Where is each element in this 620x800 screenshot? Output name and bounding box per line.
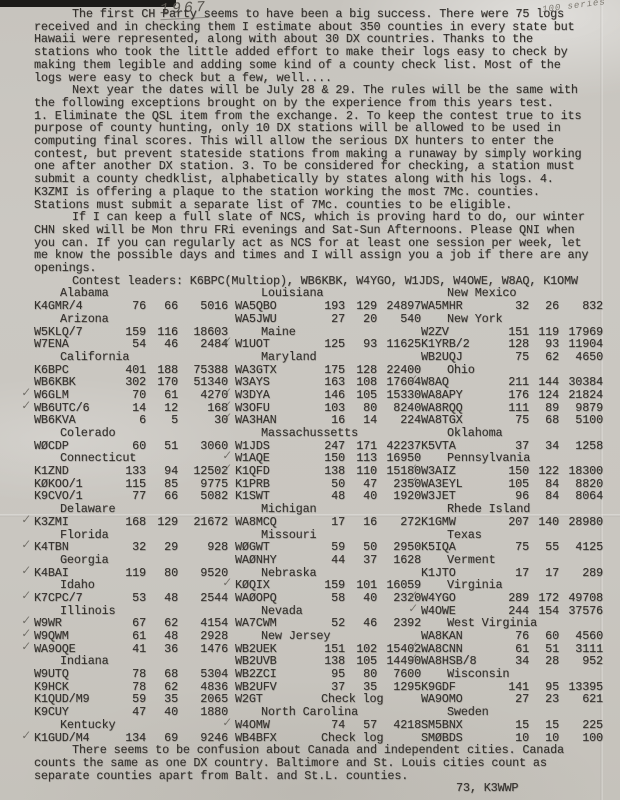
multiplier-count: 15 [529, 719, 559, 732]
score-row: WA8MCQ1716272 [235, 516, 421, 529]
station-callsign: K4BAI [34, 567, 110, 580]
qso-count: 6 [110, 414, 146, 427]
final-score: 5082 [178, 490, 228, 503]
score-row: WA8TGX75685100 [421, 414, 603, 427]
score-row: K1JTO1717289 [421, 567, 603, 580]
score-row: ✓W6GLM70614270 [34, 389, 235, 402]
score-row: WA9OMO2723621 [421, 693, 603, 706]
paragraph: Next year the dates will be July 28 & 29… [34, 84, 594, 109]
multiplier-count: 140 [529, 516, 559, 529]
pencil-check-icon: ✓ [221, 463, 233, 477]
multiplier-count: 46 [345, 617, 377, 630]
score-row: K4GMR/476665016 [34, 300, 235, 313]
pencil-check-icon: ✓ [407, 590, 419, 604]
final-score: 49708 [559, 592, 603, 605]
pencil-check-icon: ✓ [20, 730, 32, 744]
score-column: LouisianaWA5QBO19312924897WA5JWU2720540M… [235, 287, 421, 744]
multiplier-count: 80 [146, 567, 178, 580]
multiplier-count: 40 [345, 592, 377, 605]
score-row: WØCDP60513060 [34, 440, 235, 453]
qso-count: 34 [495, 655, 529, 668]
score-row: ✓WA9OQE41361476 [34, 643, 235, 656]
station-callsign: WA3HAN [235, 414, 307, 427]
score-row: WA5MHR3226832 [421, 300, 603, 313]
state-header: California [34, 351, 235, 364]
pencil-check-icon: ✓ [407, 603, 419, 617]
score-row: K9CVO/177665082 [34, 490, 235, 503]
station-callsign: WA9OMO [421, 693, 495, 706]
qso-count: 54 [110, 338, 146, 351]
multiplier-count: 48 [146, 630, 178, 643]
final-score: 272 [377, 516, 421, 529]
final-score: 9520 [178, 567, 228, 580]
score-column: AlabamaK4GMR/476665016ArizonaW5KLQ/71591… [34, 287, 235, 744]
final-score: 1476 [178, 643, 228, 656]
qso-count: 193 [307, 300, 345, 313]
final-score: 24897 [377, 300, 421, 313]
multiplier-count: 20 [345, 313, 377, 326]
state-header: New York [421, 313, 603, 326]
qso-count: 76 [110, 300, 146, 313]
state-header: Oklahoma [421, 427, 603, 440]
score-row: ✓K1QFD13811015180 [235, 465, 421, 478]
score-row: WØGWT59502950 [235, 541, 421, 554]
station-callsign: W9QWM [34, 630, 110, 643]
multiplier-count: 16 [345, 516, 377, 529]
score-row: ✓W9QWM61482928 [34, 630, 235, 643]
multiplier-count: 29 [146, 541, 178, 554]
qso-count: 70 [110, 389, 146, 402]
station-callsign: WA7CWM [235, 617, 307, 630]
multiplier-count: 46 [146, 338, 178, 351]
multiplier-count: 62 [529, 351, 559, 364]
pencil-check-icon: ✓ [20, 400, 32, 414]
score-row: ✓K4BAI119809520 [34, 567, 235, 580]
pencil-check-icon: ✓ [221, 717, 233, 731]
multiplier-count: 154 [529, 605, 559, 618]
multiplier-count: 68 [529, 414, 559, 427]
multiplier-count: 40 [146, 706, 178, 719]
final-score: 100 [559, 732, 603, 745]
final-score: 832 [559, 300, 603, 313]
qso-count: 75 [495, 351, 529, 364]
pencil-check-icon: ✓ [221, 337, 233, 351]
qso-count: 134 [110, 732, 146, 745]
score-row: ✓W4YGO28917249708 [421, 592, 603, 605]
pencil-check-icon: ✓ [407, 463, 419, 477]
qso-count: 27 [495, 693, 529, 706]
station-callsign: WA8KAN [421, 630, 495, 643]
qso-count: 244 [495, 605, 529, 618]
score-row: ✓K7CPC/753482544 [34, 592, 235, 605]
multiplier-count: 80 [345, 668, 377, 681]
multiplier-count: 5 [146, 414, 178, 427]
paragraph: 1. Eliminate the QSL item from the excha… [34, 110, 594, 212]
qso-count: 16 [307, 414, 345, 427]
final-score: 621 [559, 693, 603, 706]
multiplier-count: 105 [345, 389, 377, 402]
station-callsign: W6GLM [34, 389, 110, 402]
score-row: K1ZND1339412502 [34, 465, 235, 478]
score-row: WB2ZCI95807600 [235, 668, 421, 681]
multiplier-count: 172 [529, 592, 559, 605]
station-callsign: WB4BFX [235, 732, 307, 745]
state-header: Georgia [34, 554, 235, 567]
station-callsign: K1SWT [235, 490, 307, 503]
final-score: 225 [559, 719, 603, 732]
multiplier-count: 94 [146, 465, 178, 478]
station-callsign: K9CUY [34, 706, 110, 719]
pencil-check-icon: ✓ [407, 375, 419, 389]
station-callsign: W4OWE [421, 605, 495, 618]
score-column: New MexicoWA5MHR3226832New YorkW2ZV15111… [421, 287, 603, 744]
station-callsign: W4YGO [421, 592, 495, 605]
state-header: Maryland [235, 351, 421, 364]
station-callsign: W2GT [235, 693, 307, 706]
multiplier-count: 40 [345, 490, 377, 503]
final-score: 5016 [178, 300, 228, 313]
station-callsign: K3ZMI [34, 516, 110, 529]
multiplier-count: 61 [146, 389, 178, 402]
final-score: 4650 [559, 351, 603, 364]
contest-score-table: AlabamaK4GMR/476665016ArizonaW5KLQ/71591… [34, 287, 594, 744]
pencil-check-icon: ✓ [20, 565, 32, 579]
final-score: 4125 [559, 541, 603, 554]
qso-count: 77 [110, 490, 146, 503]
qso-count: 15 [495, 719, 529, 732]
final-score: 21672 [178, 516, 228, 529]
state-header: North Carolina [235, 706, 421, 719]
score-row: WB4BFXCheck log [235, 732, 421, 745]
score-row: SMØBDS1010100 [421, 732, 603, 745]
multiplier-count: 93 [345, 338, 377, 351]
qso-count: 17 [495, 567, 529, 580]
final-score: 952 [559, 655, 603, 668]
final-score: 30 [178, 414, 228, 427]
multiplier-count: 110 [345, 465, 377, 478]
qso-count: 75 [495, 414, 529, 427]
qso-count: 58 [307, 592, 345, 605]
multiplier-count: 69 [146, 732, 178, 745]
score-row: ✓WA8HSB/83428952 [421, 655, 603, 668]
station-callsign: W9UTQ [34, 668, 110, 681]
multiplier-count: 37 [345, 554, 377, 567]
typewritten-content: The first CH Party seems to have been a … [34, 8, 594, 795]
score-row: W9UTQ78685304 [34, 668, 235, 681]
state-header: Massachussetts [235, 427, 421, 440]
station-callsign: K5VTA [421, 440, 495, 453]
final-score: 289 [559, 567, 603, 580]
qso-count: 95 [307, 668, 345, 681]
qso-count: 32 [495, 300, 529, 313]
station-callsign: WB6KVA [34, 414, 110, 427]
scan-edge-artifact [0, 0, 176, 7]
final-score: 15330 [377, 389, 421, 402]
final-score: 18300 [559, 465, 603, 478]
multiplier-count: 68 [146, 668, 178, 681]
score-row: K9CUY47401880 [34, 706, 235, 719]
station-callsign: WA5JWU [235, 313, 307, 326]
score-row: WA8KAN76604560 [421, 630, 603, 643]
qso-count: 27 [307, 313, 345, 326]
qso-count: 53 [110, 592, 146, 605]
final-score: 2392 [377, 617, 421, 630]
multiplier-count: 60 [529, 630, 559, 643]
final-score: 1295 [377, 681, 421, 694]
score-row: K5IQA75554125 [421, 541, 603, 554]
state-header: Arizona [34, 313, 235, 326]
station-callsign: K9CVO/1 [34, 490, 110, 503]
score-row: ✓K1GUD/M4134699246 [34, 732, 235, 745]
paragraph: The first CH Party seems to have been a … [34, 8, 594, 84]
score-row: ✓W3AIZ15012218300 [421, 465, 603, 478]
final-score: 4218 [377, 719, 421, 732]
state-header: Wisconsin [421, 668, 603, 681]
multiplier-count: 23 [529, 693, 559, 706]
multiplier-count: 124 [529, 389, 559, 402]
station-callsign: WB2UQJ [421, 351, 495, 364]
qso-count: 74 [307, 719, 345, 732]
station-callsign: WB2ZCI [235, 668, 307, 681]
station-callsign: K5IQA [421, 541, 495, 554]
multiplier-count: 17 [529, 567, 559, 580]
qso-count: 78 [110, 668, 146, 681]
final-score: 2544 [178, 592, 228, 605]
final-score: 928 [178, 541, 228, 554]
qso-count: 146 [307, 389, 345, 402]
pencil-check-icon: ✓ [20, 387, 32, 401]
multiplier-count: 55 [529, 541, 559, 554]
station-callsign: WA8APY [421, 389, 495, 402]
station-callsign: K7CPC/7 [34, 592, 110, 605]
score-row: ✓WA3HAN1614224 [235, 414, 421, 427]
qso-count: 37 [495, 440, 529, 453]
station-callsign: W3AIZ [421, 465, 495, 478]
final-score: 4560 [559, 630, 603, 643]
multiplier-count: 28 [529, 655, 559, 668]
pencil-check-icon: ✓ [20, 590, 32, 604]
qso-count: 150 [495, 465, 529, 478]
score-row: ✓K3ZMI16812921672 [34, 516, 235, 529]
qso-count: 168 [110, 516, 146, 529]
multiplier-count: 34 [529, 440, 559, 453]
station-callsign: WA5MHR [421, 300, 495, 313]
multiplier-count: 10 [529, 732, 559, 745]
final-score: 5304 [178, 668, 228, 681]
multiplier-count: 51 [146, 440, 178, 453]
pencil-check-icon: ✓ [221, 387, 233, 401]
station-callsign: W4OMW [235, 719, 307, 732]
station-callsign: WA8HSB/8 [421, 655, 495, 668]
final-score: 9246 [178, 732, 228, 745]
final-score: 2928 [178, 630, 228, 643]
pencil-check-icon: ✓ [221, 578, 233, 592]
station-callsign: WA9OQE [34, 643, 110, 656]
state-header: Delaware [34, 503, 235, 516]
station-callsign: WAØOPQ [235, 592, 307, 605]
final-score: 1880 [178, 706, 228, 719]
score-row: WA5JWU2720540 [235, 313, 421, 326]
final-score: 28980 [559, 516, 603, 529]
final-score: 224 [377, 414, 421, 427]
score-row: ✓W4OWE24415437576 [421, 605, 603, 618]
qso-count: 125 [307, 338, 345, 351]
score-row: K1SWT48401920 [235, 490, 421, 503]
multiplier-count: 129 [345, 300, 377, 313]
final-score: 3060 [178, 440, 228, 453]
station-callsign: W3JET [421, 490, 495, 503]
final-score: 21824 [559, 389, 603, 402]
state-header: New Jersey [235, 630, 421, 643]
station-callsign: K1GMW [421, 516, 495, 529]
intro-paragraphs: The first CH Party seems to have been a … [34, 8, 594, 287]
station-callsign: W7ENA [34, 338, 110, 351]
station-callsign: K1JTO [421, 567, 495, 580]
station-callsign: W3DYA [235, 389, 307, 402]
state-header: Sweden [421, 706, 603, 719]
qso-count: 17 [307, 516, 345, 529]
qso-count: 47 [110, 706, 146, 719]
state-header: Colerado [34, 427, 235, 440]
score-row: W7ENA54462484 [34, 338, 235, 351]
state-header: Rhede Island [421, 503, 603, 516]
pencil-check-icon: ✓ [20, 514, 32, 528]
multiplier-count: 14 [345, 414, 377, 427]
score-row: WB2UQJ75624650 [421, 351, 603, 364]
qso-count: 76 [495, 630, 529, 643]
pencil-check-icon: ✓ [407, 654, 419, 668]
score-row: K1GMW20714028980 [421, 516, 603, 529]
station-callsign: WØCDP [34, 440, 110, 453]
paragraph: If I can keep a full slate of NCS, which… [34, 211, 594, 275]
station-callsign: K1GUD/M4 [34, 732, 110, 745]
final-score: 8064 [559, 490, 603, 503]
scanned-newsletter-page: 1967 100 series The first CH Party seems… [0, 0, 620, 800]
state-header: Kentucky [34, 719, 235, 732]
final-score: 1628 [377, 554, 421, 567]
qso-count: 41 [110, 643, 146, 656]
pencil-check-icon: ✓ [20, 540, 32, 554]
station-callsign: SMØBDS [421, 732, 495, 745]
qso-count: 119 [110, 567, 146, 580]
score-row: ✓W3DYA14610515330 [235, 389, 421, 402]
score-row: K5VTA37341258 [421, 440, 603, 453]
pencil-check-icon: ✓ [20, 641, 32, 655]
state-header: Verment [421, 554, 603, 567]
score-row: WAØNHY44371628 [235, 554, 421, 567]
qso-count: 289 [495, 592, 529, 605]
final-score: 5100 [559, 414, 603, 427]
multiplier-count: 57 [345, 719, 377, 732]
score-row: SM5BNX1515225 [421, 719, 603, 732]
multiplier-count: 84 [529, 490, 559, 503]
state-header: Michigan [235, 503, 421, 516]
station-callsign: K4TBN [34, 541, 110, 554]
score-row: ✓K4TBN3229928 [34, 541, 235, 554]
qso-count: 60 [110, 440, 146, 453]
score-row: K1YRB/21289311904 [421, 338, 603, 351]
station-callsign: WAØNHY [235, 554, 307, 567]
station-callsign: K1ZND [34, 465, 110, 478]
final-score: 1920 [377, 490, 421, 503]
qso-count: 96 [495, 490, 529, 503]
multiplier-count: 48 [146, 592, 178, 605]
qso-count: 32 [110, 541, 146, 554]
station-callsign: WA8TGX [421, 414, 495, 427]
qso-count: 138 [307, 465, 345, 478]
signature-line: 73, K3WWP [34, 782, 594, 795]
multiplier-count: 26 [529, 300, 559, 313]
score-row: W2GTCheck log [235, 693, 421, 706]
multiplier-count: 66 [146, 300, 178, 313]
pencil-check-icon: ✓ [407, 476, 419, 490]
station-callsign: K4GMR/4 [34, 300, 110, 313]
check-log-note: Check log [307, 693, 421, 706]
final-score: 1258 [559, 440, 603, 453]
qso-count: 52 [307, 617, 345, 630]
score-row: WAØOPQ58402320 [235, 592, 421, 605]
score-row: WB6KVA6530 [34, 414, 235, 427]
station-callsign: SM5BNX [421, 719, 495, 732]
station-callsign: W1UOT [235, 338, 307, 351]
score-row: WA5QBO19312924897 [235, 300, 421, 313]
multiplier-count: 66 [146, 490, 178, 503]
final-score: 37576 [559, 605, 603, 618]
footer-paragraph: There seems to be confusion about Canada… [34, 744, 594, 782]
score-row: W3JET96848064 [421, 490, 603, 503]
score-row: WA7CWM52462392 [235, 617, 421, 630]
score-row: ✓W4OMW74574218 [235, 719, 421, 732]
station-callsign: K1QFD [235, 465, 307, 478]
station-callsign: WA8MCQ [235, 516, 307, 529]
qso-count: 207 [495, 516, 529, 529]
multiplier-count: 36 [146, 643, 178, 656]
qso-count: 48 [307, 490, 345, 503]
multiplier-count: 129 [146, 516, 178, 529]
check-log-note: Check log [307, 732, 421, 745]
score-row: WA8APY17612421824 [421, 389, 603, 402]
qso-count: 61 [110, 630, 146, 643]
final-score: 11625 [377, 338, 421, 351]
qso-count: 10 [495, 732, 529, 745]
pencil-check-icon: ✓ [20, 628, 32, 642]
pencil-check-icon: ✓ [221, 413, 233, 427]
qso-count: 176 [495, 389, 529, 402]
final-score: 7600 [377, 668, 421, 681]
qso-count: 133 [110, 465, 146, 478]
final-score: 540 [377, 313, 421, 326]
station-callsign: WA5QBO [235, 300, 307, 313]
qso-count: 44 [307, 554, 345, 567]
qso-count: 75 [495, 541, 529, 554]
score-row: ✓W1UOT1259311625 [235, 338, 421, 351]
multiplier-count: 122 [529, 465, 559, 478]
